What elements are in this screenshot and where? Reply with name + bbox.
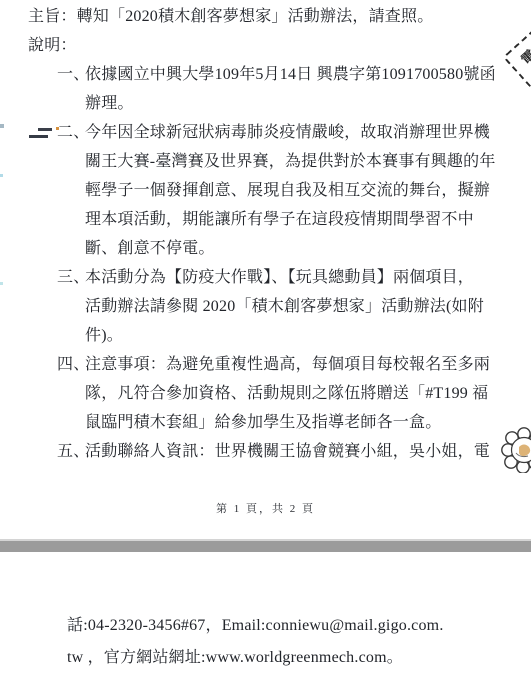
- scan-artifact: [56, 127, 59, 130]
- scan-artifact: [38, 128, 52, 131]
- list-item-1: 一、依據國立中興大學109年5月14日 興農字第1091700580號函 辦理。: [0, 60, 531, 118]
- page-number-footer: 第 1 頁，共 2 頁: [0, 500, 531, 516]
- item-1-marker: 一、: [57, 60, 85, 89]
- scanned-letter-page: 主旨：轉知「2020積木創客夢想家」活動辦法，請查照。 說明： 一、依據國立中興…: [0, 0, 531, 683]
- scan-artifact: [0, 124, 4, 128]
- website-line: tw ，官方網站網址:www.worldgreenmech.com。: [67, 642, 444, 674]
- item-1-text: 辦理。: [0, 89, 531, 118]
- scan-artifact: [0, 174, 3, 177]
- list-item-3: 三、本活動分為【防疫大作戰】、【玩具總動員】兩個項目， 活動辦法請參閱 2020…: [0, 263, 531, 350]
- item-4-marker: 四、: [57, 350, 85, 379]
- letter-body: 主旨：轉知「2020積木創客夢想家」活動辦法，請查照。 說明： 一、依據國立中興…: [0, 2, 531, 466]
- item-2-text: 輕學子一個發揮創意、展現自我及相互交流的舞台，擬辦: [0, 176, 531, 205]
- contact-phone-email-line: 話:04-2320-3456#67，Email:conniewu@mail.gi…: [67, 610, 444, 642]
- page-break-bar: [0, 539, 531, 552]
- item-4-text: 注意事項：為避免重複性過高，每個項目每校報名至多兩: [85, 356, 490, 373]
- list-item-5: 五、活動聯絡人資訊：世界機關王協會競賽小組，吳小姐，電: [0, 437, 531, 466]
- item-2-text: 斷、創意不停電。: [0, 234, 531, 263]
- scan-artifact: [29, 135, 48, 138]
- list-item-4: 四、注意事項：為避免重複性過高，每個項目每校報名至多兩 隊，凡符合參加資格、活動…: [0, 350, 531, 437]
- item-1-text: 依據國立中興大學109年5月14日 興農字第1091700580號函: [85, 66, 496, 83]
- item-4-text: 隊，凡符合參加資格、活動規則之隊伍將贈送「#T199 福: [0, 379, 531, 408]
- explanation-heading: 說明：: [0, 31, 531, 60]
- item-4-text: 鼠臨門積木套組」給參加學生及指導老師各一盒。: [0, 408, 531, 437]
- item-3-text: 件)。: [0, 321, 531, 350]
- item-5-marker: 五、: [57, 437, 85, 466]
- item-5-text: 活動聯絡人資訊：世界機關王協會競賽小組，吳小姐，電: [85, 443, 490, 460]
- item-2-text: 今年因全球新冠狀病毒肺炎疫情嚴峻，故取消辦理世界機: [85, 124, 490, 141]
- item-3-marker: 三、: [57, 263, 85, 292]
- item-3-text: 本活動分為【防疫大作戰】、【玩具總動員】兩個項目，: [85, 269, 474, 286]
- item-2-text: 理本項活動，期能讓所有學子在這段疫情期間學習不中: [0, 205, 531, 234]
- subject-line: 主旨：轉知「2020積木創客夢想家」活動辦法，請查照。: [0, 2, 531, 31]
- flower-seal-svg: [501, 427, 531, 473]
- item-2-marker: 二、: [57, 118, 85, 147]
- list-item-2: 二、今年因全球新冠狀病毒肺炎疫情嚴峻，故取消辦理世界機 關王大賽-臺灣賽及世界賽…: [0, 118, 531, 263]
- item-2-text: 關王大賽-臺灣賽及世界賽，為提供對於本賽事有興趣的年: [0, 147, 531, 176]
- item-3-text: 活動辦法請參閱 2020「積木創客夢想家」活動辦法(如附: [0, 292, 531, 321]
- flower-seal-icon: [501, 427, 531, 473]
- scan-artifact: [0, 282, 3, 285]
- page2-text-snippet: 話:04-2320-3456#67，Email:conniewu@mail.gi…: [67, 610, 444, 674]
